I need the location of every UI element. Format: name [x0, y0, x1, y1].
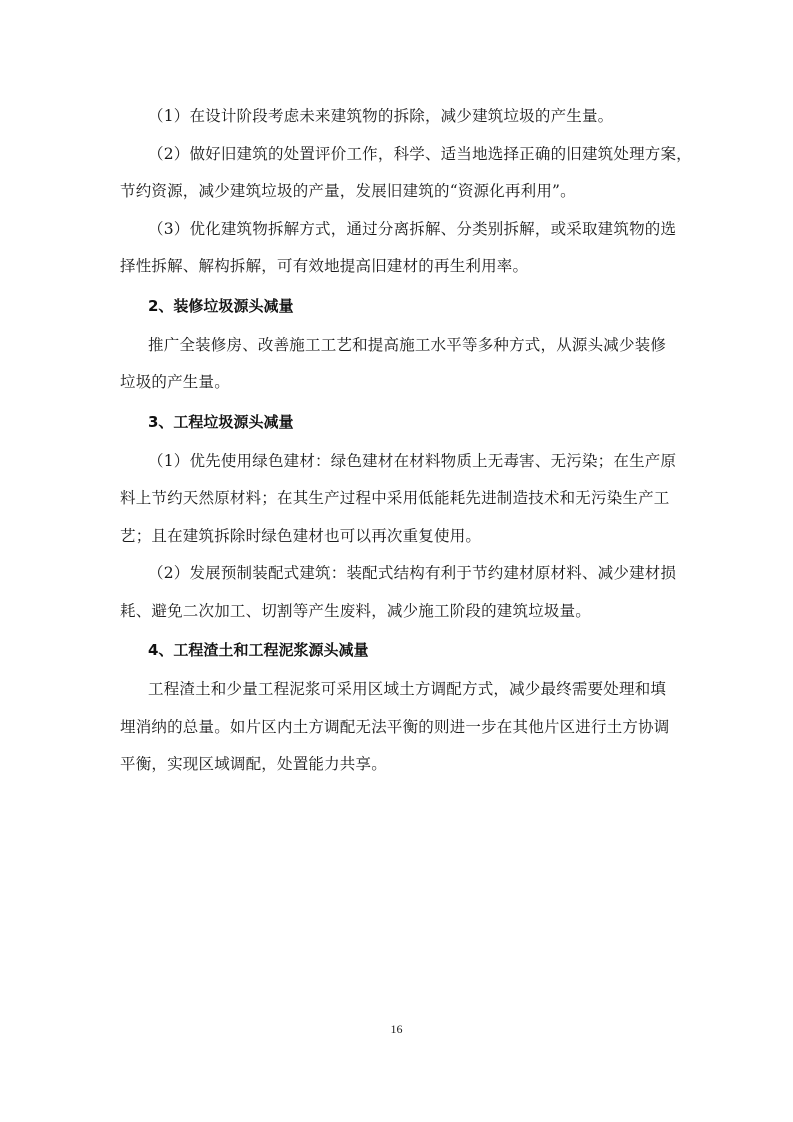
paragraph-line: 择性拆解、解构拆解，可有效地提高旧建材的再生利用率。 — [120, 248, 673, 286]
document-page-body: （1）在设计阶段考虑未来建筑物的拆除，减少建筑垃圾的产生量。 （2）做好旧建筑的… — [120, 98, 673, 784]
section-heading-engineering-waste: 3、工程垃圾源头减量 — [120, 402, 673, 443]
paragraph-line: 埋消纳的总量。如片区内土方调配无法平衡的则进一步在其他片区进行土方协调 — [120, 709, 673, 747]
paragraph-line: （2）做好旧建筑的处置评价工作，科学、适当地选择正确的旧建筑处理方案， — [120, 136, 673, 174]
paragraph-line: 平衡，实现区域调配，处置能力共享。 — [120, 746, 673, 784]
paragraph-line: 节约资源，减少建筑垃圾的产量，发展旧建筑的“资源化再利用”。 — [120, 173, 673, 211]
section-heading-decoration-waste: 2、装修垃圾源头减量 — [120, 286, 673, 327]
paragraph-line: （1）在设计阶段考虑未来建筑物的拆除，减少建筑垃圾的产生量。 — [120, 98, 673, 136]
paragraph-line: （3）优化建筑物拆解方式，通过分离拆解、分类别拆解，或采取建筑物的选 — [120, 211, 673, 249]
paragraph-line: 艺；且在建筑拆除时绿色建材也可以再次重复使用。 — [120, 518, 673, 556]
paragraph-line: （1）优先使用绿色建材：绿色建材在材料物质上无毒害、无污染；在生产原 — [120, 443, 673, 481]
paragraph-line: 工程渣土和少量工程泥浆可采用区域土方调配方式，减少最终需要处理和填 — [120, 671, 673, 709]
paragraph-line: 料上节约天然原材料；在其生产过程中采用低能耗先进制造技术和无污染生产工 — [120, 480, 673, 518]
paragraph-line: 垃圾的产生量。 — [120, 364, 673, 402]
paragraph-line: 推广全装修房、改善施工工艺和提高施工水平等多种方式，从源头减少装修 — [120, 327, 673, 365]
paragraph-line: （2）发展预制装配式建筑：装配式结构有利于节约建材原材料、减少建材损 — [120, 555, 673, 593]
paragraph-line: 耗、避免二次加工、切割等产生废料，减少施工阶段的建筑垃圾量。 — [120, 593, 673, 631]
section-heading-muck-and-slurry: 4、工程渣土和工程泥浆源头减量 — [120, 630, 673, 671]
page-number: 16 — [0, 1022, 793, 1037]
